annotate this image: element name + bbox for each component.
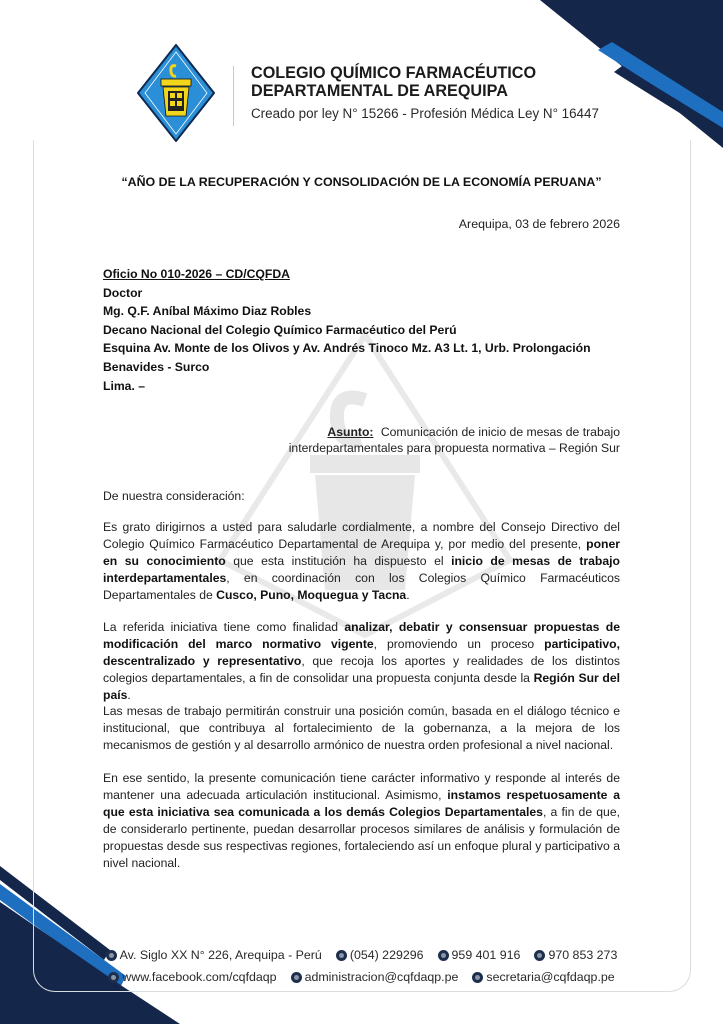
year-motto: “AÑO DE LA RECUPERACIÓN Y CONSOLIDACIÓN …	[0, 175, 723, 189]
body-text: que esta institución ha dispuesto el	[226, 554, 451, 568]
email-icon	[472, 972, 483, 983]
body-text: , promoviendo un proceso	[374, 637, 544, 651]
footer-contact-item: Av. Siglo XX N° 226, Arequipa - Perú	[106, 948, 322, 962]
footer-contact-text: Av. Siglo XX N° 226, Arequipa - Perú	[120, 948, 322, 962]
body-text: .	[127, 688, 130, 702]
salutation: De nuestra consideración:	[103, 489, 245, 503]
footer-contact-item: secretaria@cqfdaqp.pe	[472, 970, 614, 984]
footer-contact-text[interactable]: secretaria@cqfdaqp.pe	[486, 970, 614, 984]
footer-row-2: www.facebook.com/cqfdaqpadministracion@c…	[0, 966, 723, 988]
subject-block: Asunto: Comunicación de inicio de mesas …	[280, 424, 620, 456]
footer-contact-item: 970 853 273	[534, 948, 617, 962]
recipient-block: Oficio No 010-2026 – CD/CQFDA Doctor Mg.…	[103, 265, 591, 395]
footer-contact-item: administracion@cqfdaqp.pe	[291, 970, 459, 984]
footer-contact-text: (054) 229296	[350, 948, 424, 962]
whatsapp-icon	[438, 950, 449, 961]
paragraph-2: La referida iniciativa tiene como finali…	[103, 619, 620, 704]
footer-contacts: Av. Siglo XX N° 226, Arequipa - Perú(054…	[0, 944, 723, 988]
org-name-line2: DEPARTAMENTAL DE AREQUIPA	[251, 82, 536, 100]
footer-contact-text[interactable]: www.facebook.com/cqfdaqp	[122, 970, 276, 984]
footer-contact-text[interactable]: administracion@cqfdaqp.pe	[305, 970, 459, 984]
whatsapp-icon	[534, 950, 545, 961]
footer-contact-item: 959 401 916	[438, 948, 521, 962]
location-icon	[106, 950, 117, 961]
recipient-address-1: Esquina Av. Monte de los Olivos y Av. An…	[103, 339, 591, 358]
emphasis-text: Cusco, Puno, Moquegua y Tacna	[216, 588, 406, 602]
phone-icon	[336, 950, 347, 961]
letterhead: COLEGIO QUÍMICO FARMACÉUTICO DEPARTAMENT…	[137, 44, 597, 144]
recipient-position: Decano Nacional del Colegio Químico Farm…	[103, 321, 591, 340]
header-divider	[233, 66, 234, 126]
recipient-city: Lima. –	[103, 377, 591, 396]
body-text: Es grato dirigirnos a usted para saludar…	[103, 520, 620, 551]
org-subtitle: Creado por ley N° 15266 - Profesión Médi…	[251, 106, 599, 121]
footer-contact-text: 959 401 916	[452, 948, 521, 962]
body-text: .	[406, 588, 409, 602]
footer-contact-text: 970 853 273	[548, 948, 617, 962]
subject-label: Asunto:	[327, 425, 373, 439]
letter-date: Arequipa, 03 de febrero 2026	[459, 217, 620, 231]
footer-contact-item: (054) 229296	[336, 948, 424, 962]
recipient-title: Doctor	[103, 284, 591, 303]
paragraph-4: En ese sentido, la presente comunicación…	[103, 770, 620, 872]
oficio-number: Oficio No 010-2026 – CD/CQFDA	[103, 265, 591, 284]
facebook-icon	[108, 972, 119, 983]
recipient-address-2: Benavides - Surco	[103, 358, 591, 377]
email-icon	[291, 972, 302, 983]
recipient-name: Mg. Q.F. Aníbal Máximo Diaz Robles	[103, 302, 591, 321]
body-text: Las mesas de trabajo permitirán construi…	[103, 704, 620, 752]
college-logo	[137, 44, 215, 142]
footer-row-1: Av. Siglo XX N° 226, Arequipa - Perú(054…	[0, 944, 723, 966]
org-name-line1: COLEGIO QUÍMICO FARMACÉUTICO	[251, 64, 536, 82]
org-name: COLEGIO QUÍMICO FARMACÉUTICO DEPARTAMENT…	[251, 64, 536, 100]
paragraph-3: Las mesas de trabajo permitirán construi…	[103, 703, 620, 754]
paragraph-1: Es grato dirigirnos a usted para saludar…	[103, 519, 620, 604]
body-text: La referida iniciativa tiene como finali…	[103, 620, 344, 634]
footer-contact-item: www.facebook.com/cqfdaqp	[108, 970, 276, 984]
